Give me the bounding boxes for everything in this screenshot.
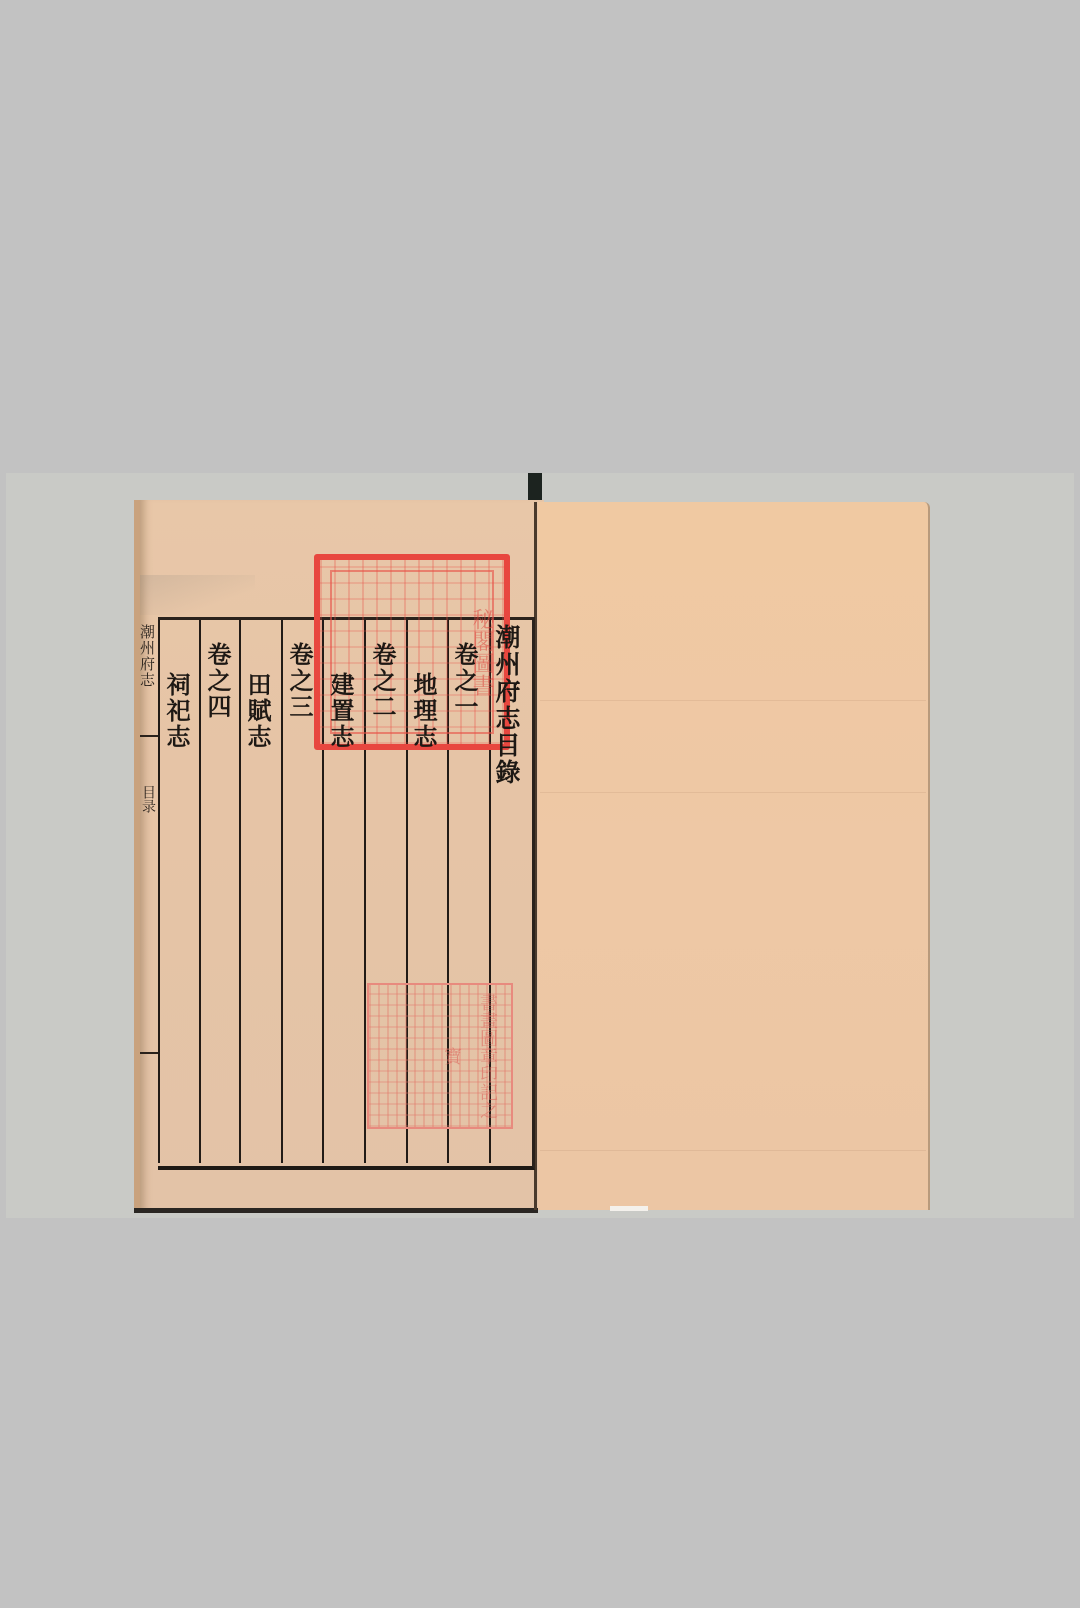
paper-crease	[540, 1150, 926, 1151]
column-rule	[239, 620, 241, 1163]
paper-slip	[610, 1206, 648, 1211]
margin-tick	[140, 735, 158, 737]
volume-label: 卷之三	[285, 642, 313, 720]
volume-label: 卷之一	[450, 642, 478, 720]
volume-subject: 地理志	[409, 672, 437, 750]
paper-crease	[540, 792, 926, 793]
red-seal-bottom: 書畫圖章印記之寶	[367, 983, 513, 1129]
volume-subject: 祠祀志	[162, 672, 190, 750]
column-rule	[281, 620, 283, 1163]
damaged-corner	[140, 575, 255, 615]
spine-tab	[528, 473, 542, 503]
volume-subject: 建置志	[326, 672, 354, 750]
seal-inscription: 書畫圖章印記之寶	[375, 991, 505, 1121]
volume-label: 卷之二	[368, 642, 396, 720]
column-rule	[158, 620, 160, 1163]
margin-tick	[140, 1052, 158, 1054]
margin-title: 潮州府志	[140, 624, 158, 688]
left-page-bottom-edge	[134, 1208, 538, 1213]
right-page	[538, 502, 930, 1210]
margin-section-label: 目录	[140, 785, 158, 813]
paper-crease	[540, 700, 926, 701]
page-title: 潮州府志目錄	[492, 624, 521, 786]
column-rule	[199, 620, 201, 1163]
volume-label: 卷之四	[203, 642, 231, 720]
volume-subject: 田賦志	[243, 672, 271, 750]
